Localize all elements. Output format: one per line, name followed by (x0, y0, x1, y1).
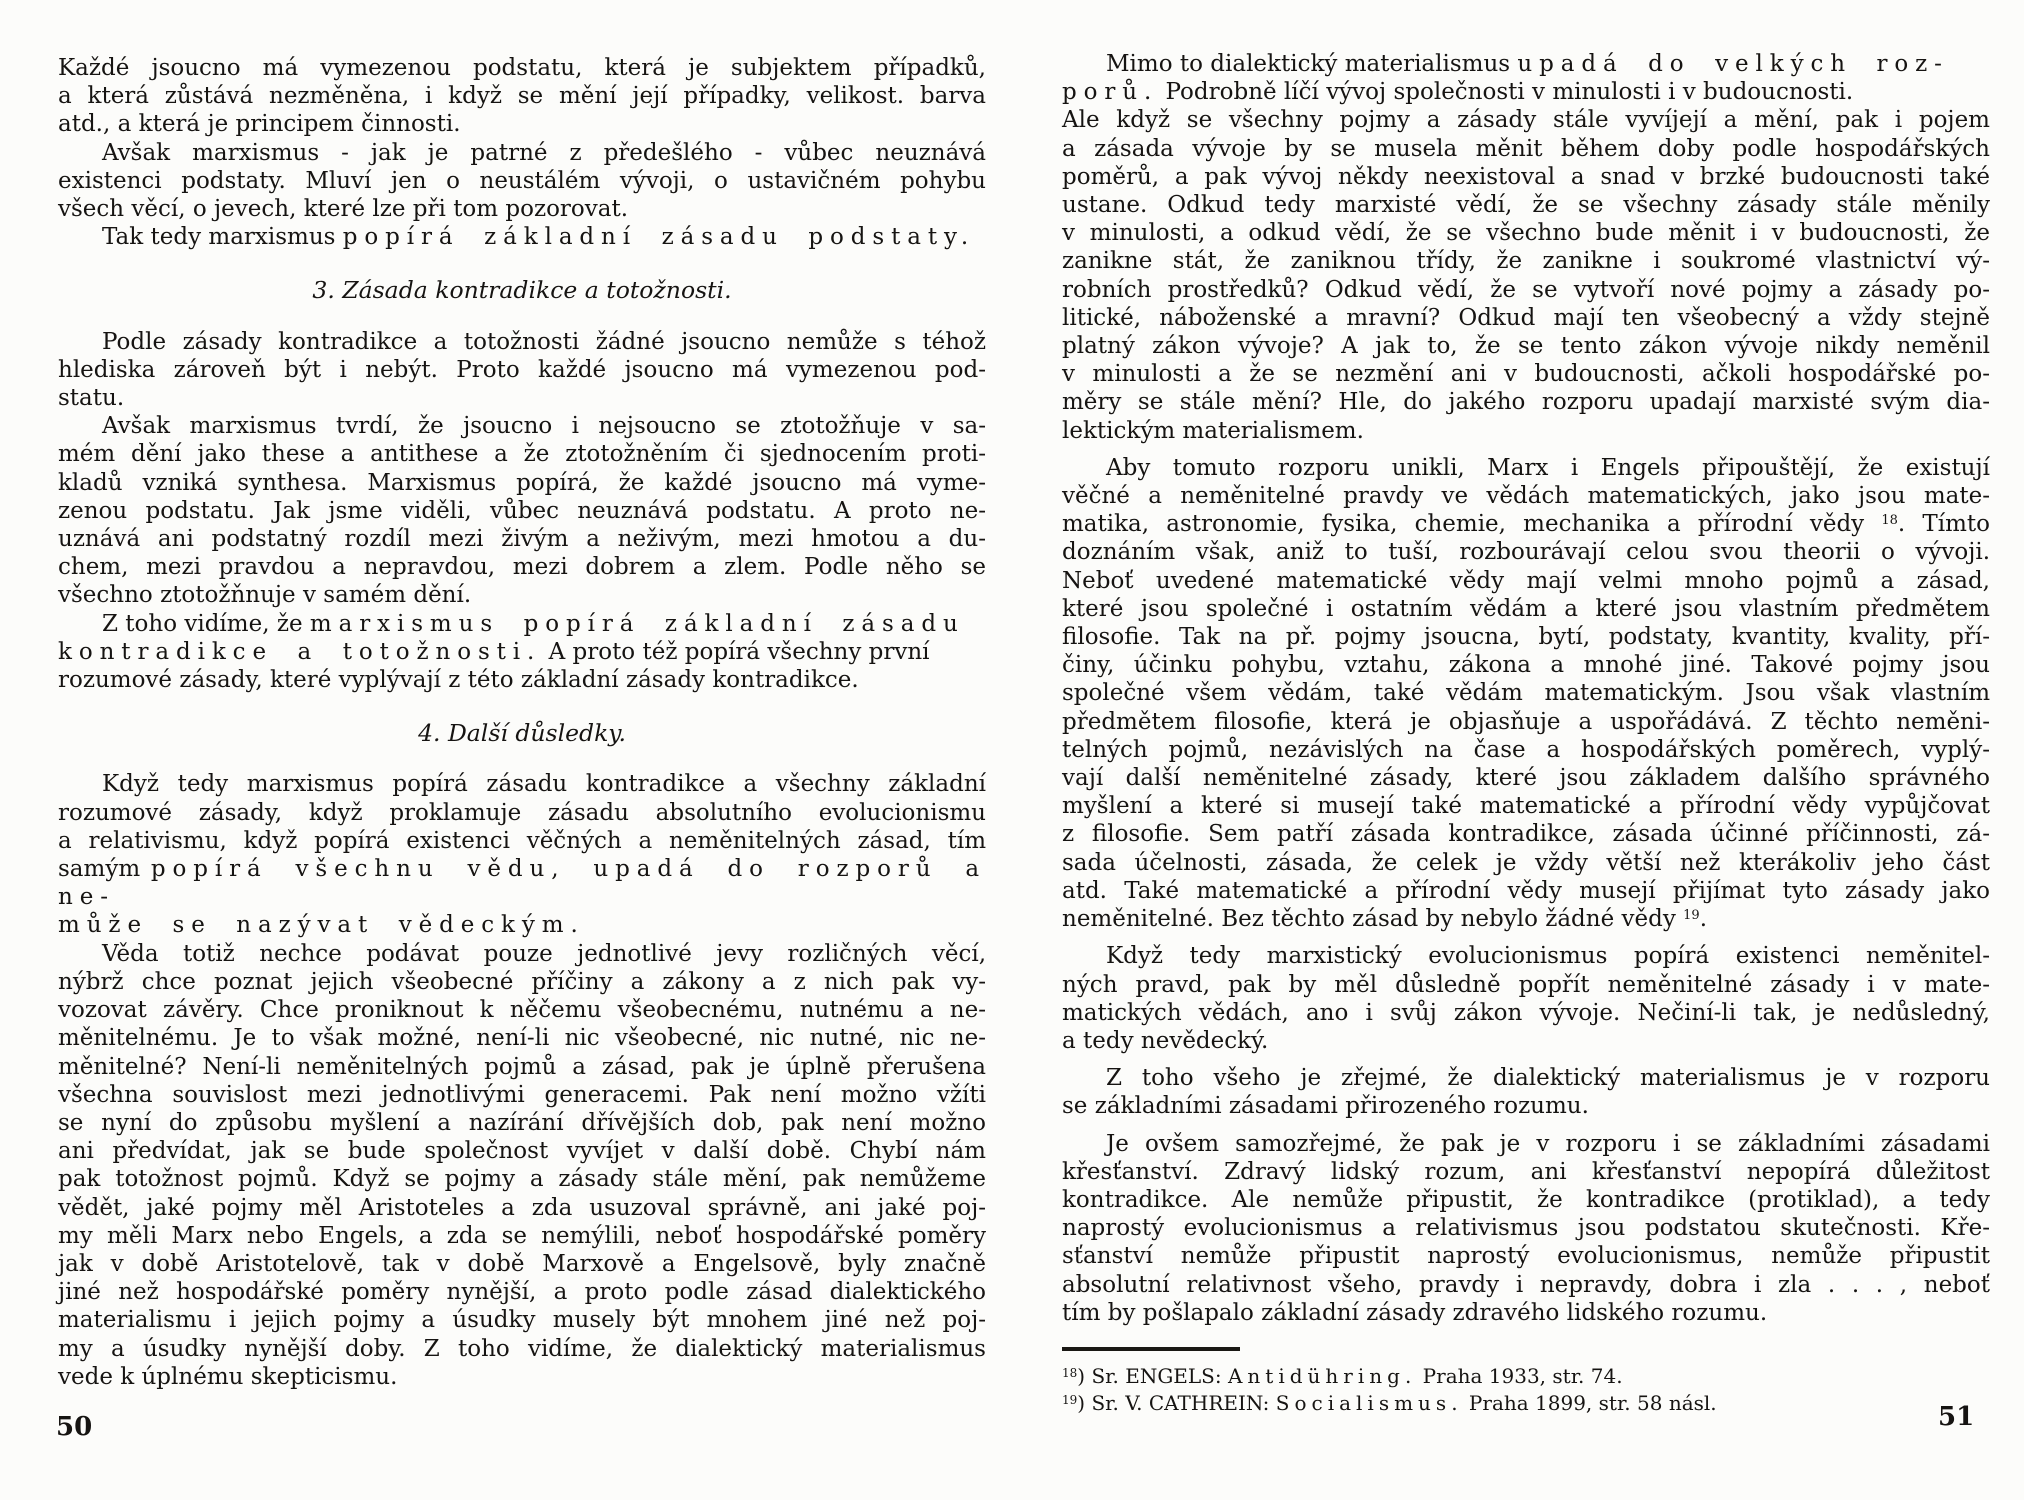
text-line: Tak tedy marxismus popírá základní zásad… (58, 223, 986, 251)
text-line: může se nazývat vědeckým. (58, 911, 986, 939)
text-line: se základními zásadami přirozeného rozum… (1062, 1092, 1990, 1120)
text-line: kontradikce. Ale nemůže připustit, že ko… (1062, 1186, 1990, 1214)
emphasized-text: popírá základní zásadu podstaty. (343, 224, 975, 250)
text-line: Z toho vidíme, že marxismus popírá zákla… (58, 610, 986, 638)
emphasized-text: upadá do velkých roz- (1517, 51, 1948, 77)
text-line: a relativismu, když popírá existenci věč… (58, 827, 986, 855)
paragraph: Aby tomuto rozporu unikli, Marx i Engels… (1062, 454, 1990, 933)
text-line: my a úsudky nynější doby. Z toho vidíme,… (58, 1335, 986, 1363)
text-line: Z toho všeho je zřejmé, že dialektický m… (1062, 1064, 1990, 1092)
text-line: v minulosti a že se nezmění ani v budouc… (1062, 360, 1990, 388)
text-line: jak v době Aristotelově, tak v době Marx… (58, 1250, 986, 1278)
text-line: absolutní relativnost všeho, pravdy i ne… (1062, 1271, 1990, 1299)
text-line: filosofie. Tak na př. pojmy jsoucna, byt… (1062, 623, 1990, 651)
text-line: vede k úplnému skepticismu. (58, 1363, 986, 1391)
emphasized-text: marxismus popírá základní zásadu (310, 611, 965, 637)
text-line: měnitelnému. Je to však možné, není-li n… (58, 1024, 986, 1052)
text-line: Když tedy marxismus popírá zásadu kontra… (58, 770, 986, 798)
text-line: nýbrž chce poznat jejich všeobecné příči… (58, 968, 986, 996)
text-line: všechna souvislost mezi jednotlivými gen… (58, 1081, 986, 1109)
footnote: 18) Sr. ENGELS: Antidühring. Praha 1933,… (1062, 1363, 1990, 1390)
text-line: porů. Podrobně líčí vývoj společnosti v … (1062, 78, 1990, 106)
text-line: litické, náboženské a mravní? Odkud mají… (1062, 304, 1990, 332)
footnote-reference: 18 (1881, 513, 1898, 528)
text-line: myšlení a které si musejí také matematic… (1062, 792, 1990, 820)
paragraph: Z toho vidíme, že marxismus popírá zákla… (58, 610, 986, 695)
text-line: doznáním však, aniž to tuší, rozbourávaj… (1062, 538, 1990, 566)
footnote: 19) Sr. V. CATHREIN: Socialismus. Praha … (1062, 1390, 1990, 1417)
text-line: Když tedy marxistický evolucionismus pop… (1062, 942, 1990, 970)
text-line: my měli Marx nebo Engels, a zda se nemýl… (58, 1222, 986, 1250)
paragraph: Když tedy marxistický evolucionismus pop… (1062, 942, 1990, 1055)
footnote-reference: 19 (1683, 908, 1700, 923)
text-line: všechno ztotožňnuje v samém dění. (58, 581, 986, 609)
text-line: samým popírá všechnu vědu, upadá do rozp… (58, 855, 986, 911)
text-line: a která zůstává nezměněna, i když se měn… (58, 82, 986, 110)
emphasized-text: popírá všechnu vědu, upadá do rozporů a … (58, 856, 986, 910)
paragraph: Je ovšem samozřejmé, že pak je v rozporu… (1062, 1130, 1990, 1327)
paragraph: Mimo to dialektický materialismus upadá … (1062, 50, 1990, 445)
text-line: předmětem filosofie, která je objasňuje … (1062, 708, 1990, 736)
paragraph: Avšak marxismus - jak je patrné z předeš… (58, 139, 986, 224)
paragraph: Podle zásady kontradikce a totožnosti žá… (58, 328, 986, 413)
text-line: zanikne stát, že zaniknou třídy, že zani… (1062, 247, 1990, 275)
text-line: tím by pošlapalo základní zásady zdravéh… (1062, 1299, 1990, 1327)
text-line: vozovat závěry. Chce proniknout k něčemu… (58, 996, 986, 1024)
text-line: atd. Také matematické a přírodní vědy mu… (1062, 877, 1990, 905)
text-line: všech věcí, o jevech, které lze při tom … (58, 195, 986, 223)
text-line: hlediska zároveň být i nebýt. Proto každ… (58, 356, 986, 384)
text-line: v minulosti, a odkud vědí, že se všechno… (1062, 219, 1990, 247)
paragraph: Tak tedy marxismus popírá základní zásad… (58, 223, 986, 251)
text-line: a tedy nevědecký. (1062, 1027, 1990, 1055)
paragraph: Každé jsoucno má vymezenou podstatu, kte… (58, 54, 986, 139)
text-line: robních prostředků? Odkud vědí, že se vy… (1062, 276, 1990, 304)
text-line: a zásada vývoje by se musela měnit během… (1062, 135, 1990, 163)
emphasized-text: porů. (1062, 79, 1158, 105)
text-line: kladů vzniká synthesa. Marxismus popírá,… (58, 469, 986, 497)
text-line: zenou podstatu. Jak jsme viděli, vůbec n… (58, 497, 986, 525)
text-line: měnitelné? Není-li neměnitelných pojmů a… (58, 1053, 986, 1081)
text-line: Mimo to dialektický materialismus upadá … (1062, 50, 1990, 78)
text-line: sťanství nemůže připustit naprostý evolu… (1062, 1242, 1990, 1270)
text-line: neměnitelné. Bez těchto zásad by nebylo … (1062, 905, 1990, 933)
text-line: Věda totiž nechce podávat pouze jednotli… (58, 940, 986, 968)
section-heading: 4. Další důsledky. (58, 719, 986, 747)
text-line: se nyní do způsobu myšlení a nazírání dř… (58, 1109, 986, 1137)
page-left-text-column: Každé jsoucno má vymezenou podstatu, kte… (58, 54, 986, 1391)
text-line: které jsou společné i ostatním vědám a k… (1062, 595, 1990, 623)
emphasized-text: může se nazývat vědeckým. (58, 912, 585, 938)
paragraph: Věda totiž nechce podávat pouze jednotli… (58, 940, 986, 1391)
page-number-left: 50 (56, 1412, 92, 1442)
text-line: křesťanství. Zdravý lidský rozum, ani kř… (1062, 1158, 1990, 1186)
text-line: rozumové zásady, které vyplývají z této … (58, 666, 986, 694)
text-line: matika, astronomie, fysika, chemie, mech… (1062, 510, 1990, 538)
text-line: chem, mezi pravdou a nepravdou, mezi dob… (58, 553, 986, 581)
text-line: existenci podstaty. Mluví jen o neustálé… (58, 167, 986, 195)
text-line: Aby tomuto rozporu unikli, Marx i Engels… (1062, 454, 1990, 482)
text-line: uznává ani podstatný rozdíl mezi živým a… (58, 525, 986, 553)
text-line: z filosofie. Sem patří zásada kontradikc… (1062, 820, 1990, 848)
paragraph: Z toho všeho je zřejmé, že dialektický m… (1062, 1064, 1990, 1120)
text-line: Avšak marxismus - jak je patrné z předeš… (58, 139, 986, 167)
text-line: pak totožnost pojmů. Když se pojmy a zás… (58, 1165, 986, 1193)
text-line: Podle zásady kontradikce a totožnosti žá… (58, 328, 986, 356)
text-line: vědět, jaké pojmy měl Aristoteles a zda … (58, 1194, 986, 1222)
text-line: Avšak marxismus tvrdí, že jsoucno i nejs… (58, 412, 986, 440)
text-line: věčné a neměnitelné pravdy ve vědách mat… (1062, 482, 1990, 510)
text-line: matických vědách, ano i svůj zákon vývoj… (1062, 999, 1990, 1027)
text-line: jiné než hospodářské poměry nynější, a p… (58, 1278, 986, 1306)
emphasized-text: Socialismus. (1276, 1391, 1463, 1415)
text-line: materialismu i jejich pojmy a úsudky mus… (58, 1306, 986, 1334)
text-line: telných pojmů, nezávislých na čase a hos… (1062, 736, 1990, 764)
section-heading: 3. Zásada kontradikce a totožnosti. (58, 276, 986, 304)
text-line: Je ovšem samozřejmé, že pak je v rozporu… (1062, 1130, 1990, 1158)
text-line: mém dění jako these a antithese a že zto… (58, 440, 986, 468)
text-line: platný zákon vývoje? A jak to, že se ten… (1062, 332, 1990, 360)
text-line: ani předvídat, jak se bude společnost vy… (58, 1137, 986, 1165)
footnote-reference: 19 (1062, 1393, 1077, 1407)
text-line: měry se stále mění? Hle, do jakého rozpo… (1062, 388, 1990, 416)
text-line: naprostý evolucionismus a relativismus j… (1062, 1214, 1990, 1242)
text-line: ných pravd, pak by měl důsledně popřít n… (1062, 971, 1990, 999)
text-line: atd., a která je principem činnosti. (58, 110, 986, 138)
paragraph: Avšak marxismus tvrdí, že jsoucno i nejs… (58, 412, 986, 609)
text-line: lektickým materialismem. (1062, 417, 1990, 445)
text-line: statu. (58, 384, 986, 412)
book-spread: Každé jsoucno má vymezenou podstatu, kte… (0, 0, 2024, 1500)
footnote-rule (1062, 1347, 1240, 1351)
text-line: kontradikce a totožnosti. A proto též po… (58, 638, 986, 666)
text-line: ustane. Odkud tedy marxisté vědí, že se … (1062, 191, 1990, 219)
emphasized-text: kontradikce a totožnosti. (58, 639, 541, 665)
page-number-right: 51 (1938, 1402, 1974, 1432)
text-line: poměrů, a pak vývoj někdy neexistoval a … (1062, 163, 1990, 191)
text-line: Neboť uvedené matematické vědy mají velm… (1062, 567, 1990, 595)
text-line: Ale když se všechny pojmy a zásady stále… (1062, 106, 1990, 134)
text-line: vají další neměnitelné zásady, které jso… (1062, 764, 1990, 792)
text-line: společné všem vědám, také vědám matemati… (1062, 679, 1990, 707)
footnote-reference: 18 (1062, 1366, 1077, 1380)
page-right-text-column: Mimo to dialektický materialismus upadá … (1062, 50, 1990, 1417)
text-line: Každé jsoucno má vymezenou podstatu, kte… (58, 54, 986, 82)
text-line: činy, účinku pohybu, vztahu, zákona a mn… (1062, 651, 1990, 679)
text-line: sada účelnosti, zásada, že celek je vždy… (1062, 849, 1990, 877)
emphasized-text: Antidühring. (1228, 1364, 1416, 1388)
paragraph: Když tedy marxismus popírá zásadu kontra… (58, 770, 986, 939)
text-line: rozumové zásady, když proklamuje zásadu … (58, 799, 986, 827)
